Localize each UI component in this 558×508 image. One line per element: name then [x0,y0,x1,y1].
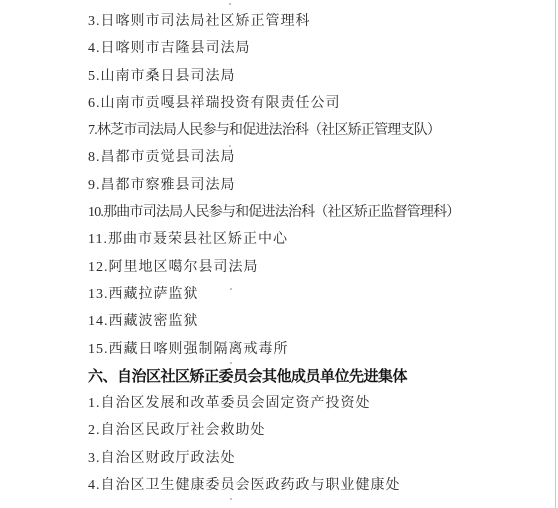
list-item: 4.日喀则市吉隆县司法局 [88,35,558,62]
scan-speck [230,498,232,500]
list-item: 8.昌都市贡觉县司法局 [88,144,558,171]
list-item: 11.那曲市聂荣县社区矫正中心 [88,226,558,253]
list-item: 4.自治区卫生健康委员会医政药政与职业健康处 [88,472,558,499]
list-item: 14.西藏波密监狱 [88,308,558,335]
list-item: 5.山南市桑日县司法局 [88,63,558,90]
list-item: 12.阿里地区噶尔县司法局 [88,254,558,281]
page-edge-line [555,0,556,508]
list-item: 1.自治区发展和改革委员会固定资产投资处 [88,390,558,417]
scan-speck [229,145,231,147]
list-item: 7.林芝市司法局人民参与和促进法治科（社区矫正管理支队） [88,117,558,144]
list-item: 13.西藏拉萨监狱 [88,281,558,308]
list-item: 3.自治区财政厅政法处 [88,445,558,472]
list-item: 2.自治区民政厅社会救助处 [88,417,558,444]
scan-speck [230,288,232,290]
section-heading: 六、自治区社区矫正委员会其他成员单位先进集体 [88,363,558,390]
list-item: 9.昌都市察雅县司法局 [88,172,558,199]
scan-speck [230,362,232,364]
document-page: 3.日喀则市司法局社区矫正管理科 4.日喀则市吉隆县司法局 5.山南市桑日县司法… [0,0,558,508]
list-item: 10.那曲市司法局人民参与和促进法治科（社区矫正监督管理科） [88,199,558,226]
scan-speck [229,3,231,5]
list-item: 6.山南市贡嘎县祥瑞投资有限责任公司 [88,90,558,117]
list-item: 3.日喀则市司法局社区矫正管理科 [88,8,558,35]
list-item: 15.西藏日喀则强制隔离戒毒所 [88,336,558,363]
scan-speck [230,72,232,74]
